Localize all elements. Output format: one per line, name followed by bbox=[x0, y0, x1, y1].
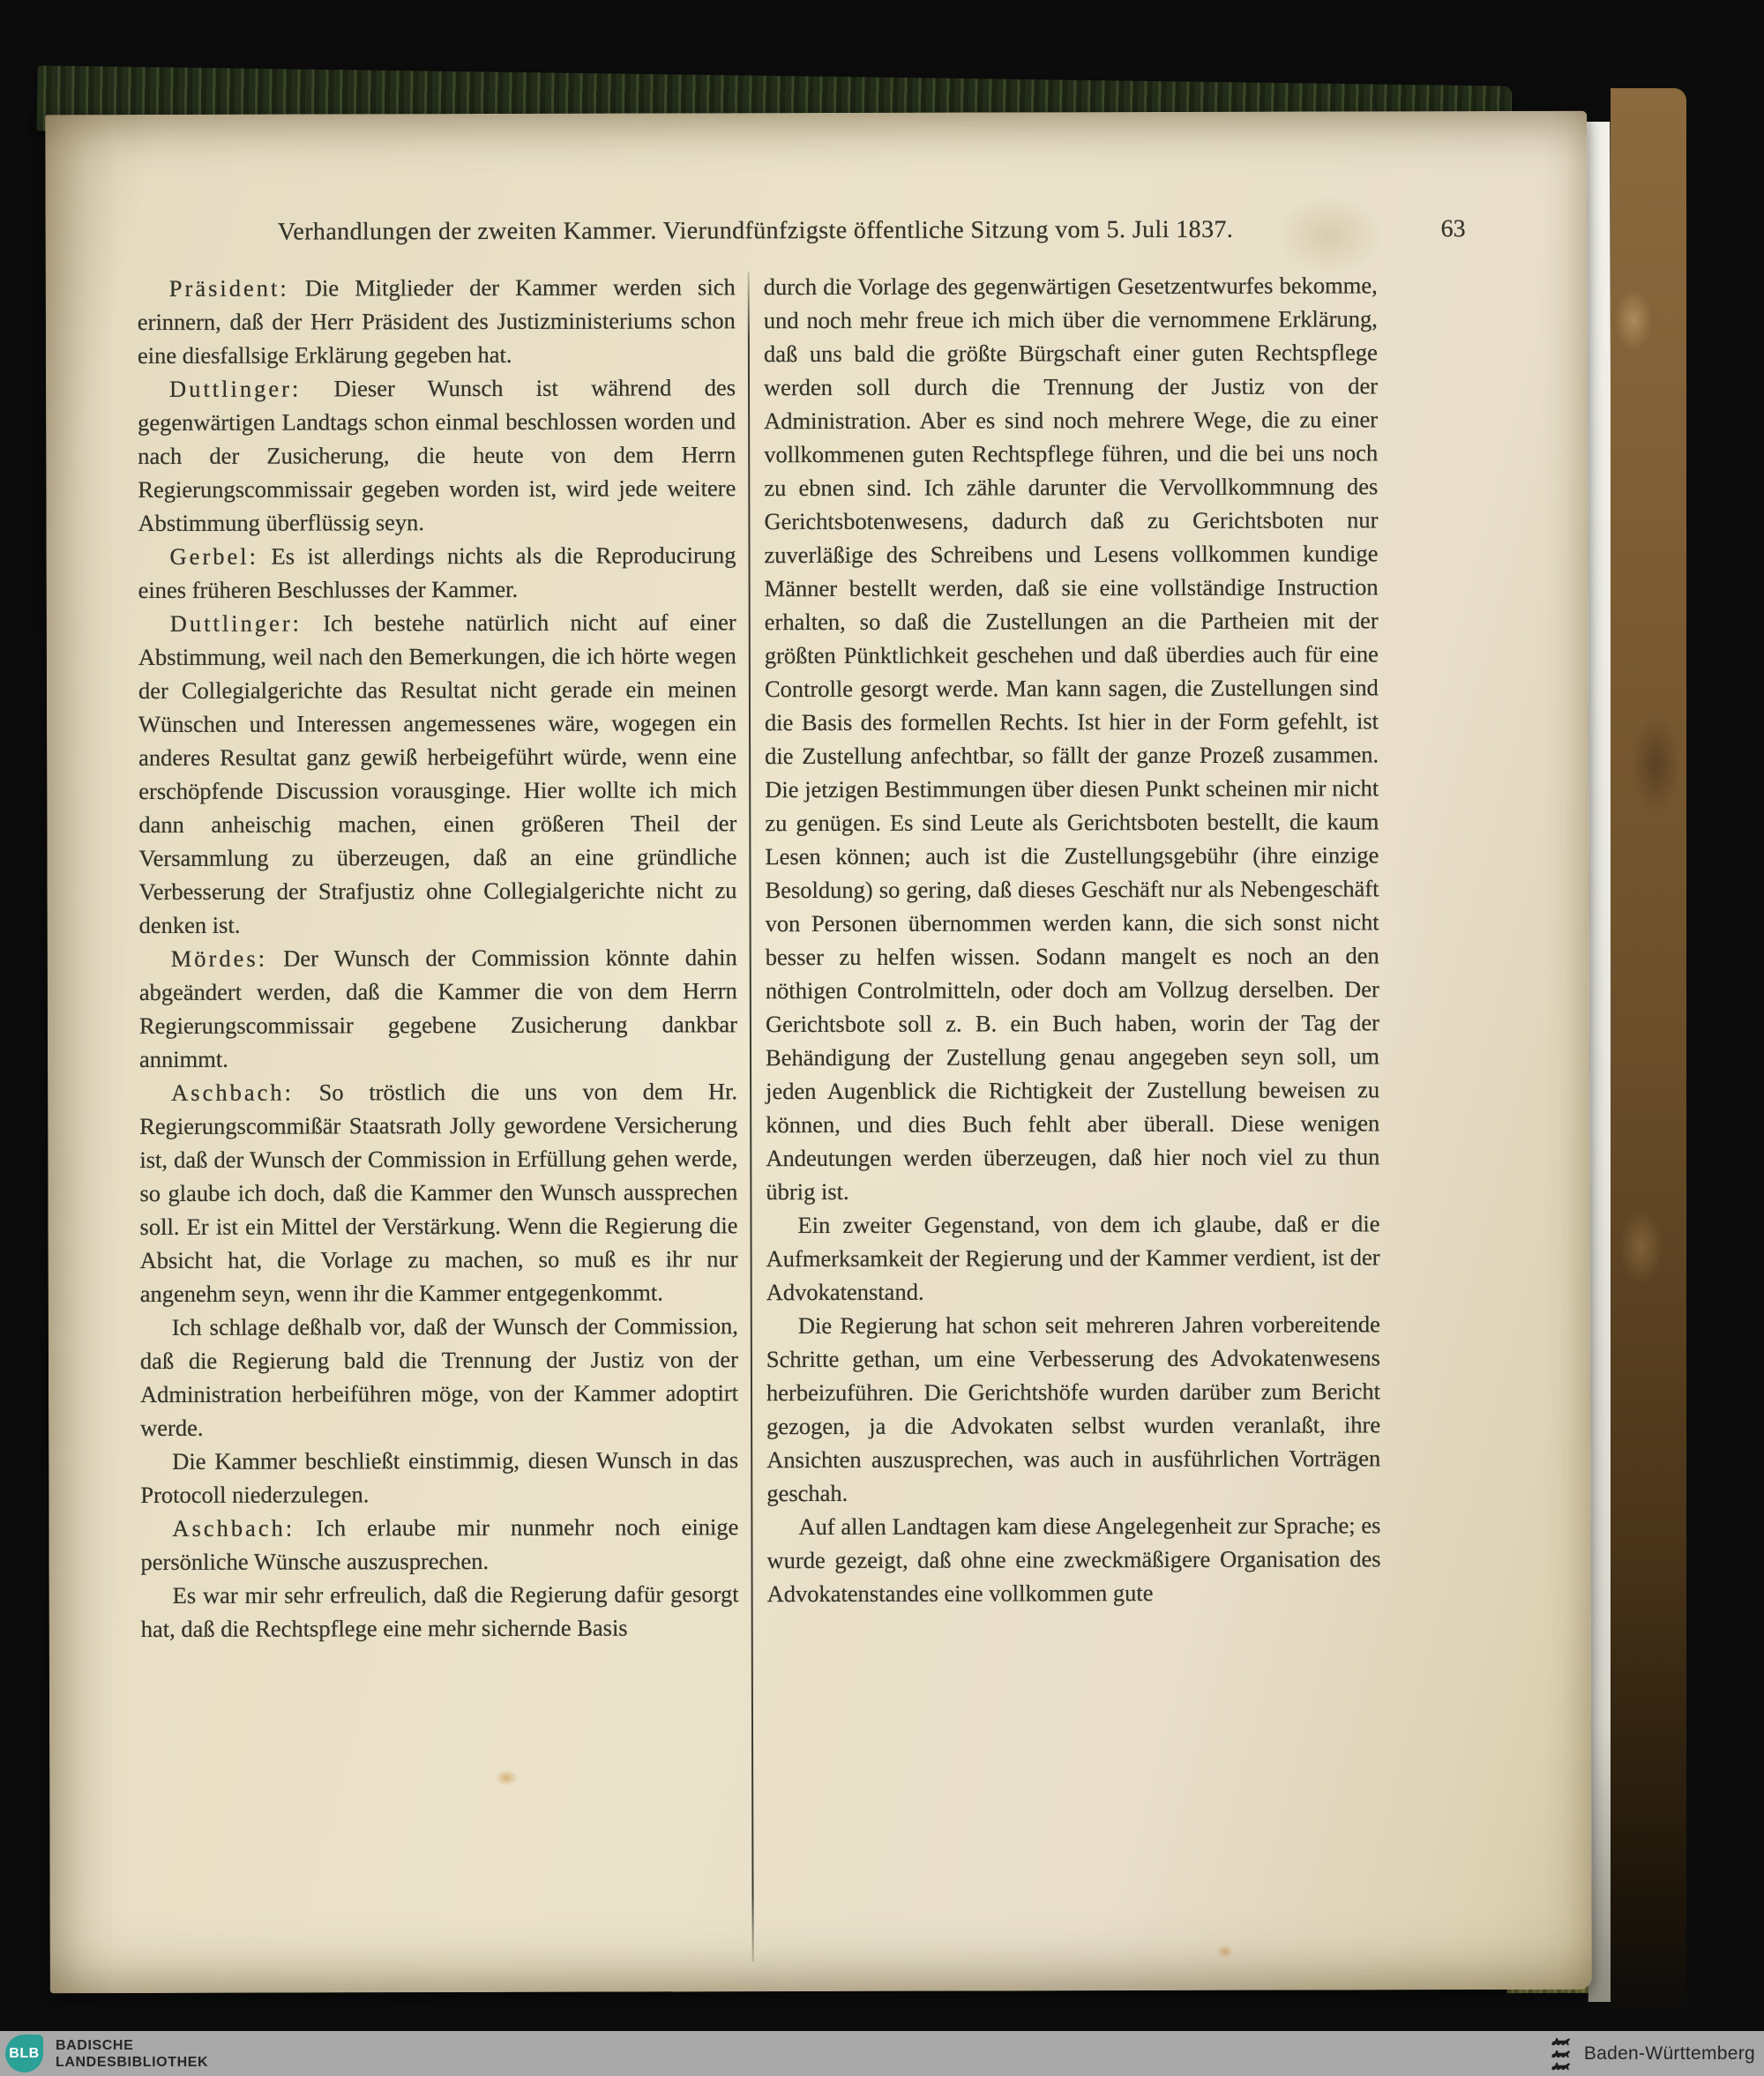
speaker-name: Duttlinger: bbox=[170, 610, 302, 637]
book-page: Verhandlungen der zweiten Kammer. Vierun… bbox=[45, 111, 1592, 1994]
paragraph: Duttlinger: Ich bestehe natürlich nicht … bbox=[138, 605, 737, 942]
library-name-line1: BADISCHE bbox=[56, 2037, 208, 2054]
paragraph: Es war mir sehr erfreulich, daß die Regi… bbox=[141, 1577, 739, 1646]
speaker-name: Mördes: bbox=[171, 945, 267, 972]
paragraph: Duttlinger: Dieser Wunsch ist während de… bbox=[138, 370, 736, 540]
running-header: Verhandlungen der zweiten Kammer. Vierun… bbox=[138, 213, 1471, 252]
library-name-line2: LANDESBIBLIOTHEK bbox=[56, 2054, 208, 2071]
state-label: Baden-Württemberg bbox=[1584, 2043, 1755, 2065]
lion-icon bbox=[1550, 2048, 1573, 2059]
lion-icon bbox=[1550, 2060, 1573, 2072]
speaker-name: Aschbach: bbox=[171, 1079, 294, 1106]
page-content: Verhandlungen der zweiten Kammer. Vierun… bbox=[138, 213, 1476, 1991]
paragraph: Ein zweiter Gegenstand, von dem ich glau… bbox=[766, 1206, 1379, 1309]
paragraph: Auf allen Landtagen kam diese Angelegenh… bbox=[766, 1508, 1380, 1610]
paragraph: Gerbel: Es ist allerdings nichts als die… bbox=[138, 538, 736, 607]
page-number: 63 bbox=[1441, 213, 1466, 245]
state-branding: Baden-Württemberg bbox=[1550, 2035, 1764, 2072]
column-divider-rule bbox=[748, 272, 754, 1961]
speaker-name: Gerbel: bbox=[169, 543, 258, 570]
library-name: BADISCHE LANDESBIBLIOTHEK bbox=[56, 2037, 208, 2071]
paragraph: Aschbach: Ich erlaube mir nunmehr noch e… bbox=[140, 1510, 738, 1579]
book-cover-board bbox=[1611, 88, 1686, 2020]
blb-logo-icon: BLB bbox=[5, 2035, 43, 2072]
library-footer-bar: BLB BADISCHE LANDESBIBLIOTHEK Baden-Würt… bbox=[0, 2031, 1764, 2076]
paragraph: durch die Vorlage des gegenwärtigen Gese… bbox=[764, 268, 1380, 1208]
page-title: Verhandlungen der zweiten Kammer. Vierun… bbox=[138, 213, 1374, 249]
paragraph: Aschbach: So tröstlich die uns von dem H… bbox=[139, 1074, 738, 1311]
paragraph: Die Regierung hat schon seit mehreren Ja… bbox=[766, 1307, 1381, 1510]
paragraph: Mördes: Der Wunsch der Commission könnte… bbox=[139, 940, 737, 1076]
text-columns: Präsident: Die Mitglieder der Kammer wer… bbox=[138, 268, 1476, 1991]
right-column: durch die Vorlage des gegenwärtigen Gese… bbox=[764, 268, 1382, 1990]
paragraph: Ich schlage deßhalb vor, daß der Wunsch … bbox=[140, 1309, 738, 1445]
speaker-name: Präsident: bbox=[169, 275, 289, 302]
library-branding: BLB BADISCHE LANDESBIBLIOTHEK bbox=[0, 2035, 208, 2072]
paragraph: Präsident: Die Mitglieder der Kammer wer… bbox=[138, 270, 736, 372]
three-lions-coat-of-arms-icon bbox=[1550, 2035, 1573, 2072]
lion-icon bbox=[1550, 2035, 1573, 2047]
speaker-name: Aschbach: bbox=[172, 1515, 295, 1542]
paragraph: Die Kammer beschließt einstimmig, diesen… bbox=[140, 1443, 738, 1512]
left-column: Präsident: Die Mitglieder der Kammer wer… bbox=[138, 270, 740, 1991]
speaker-name: Duttlinger: bbox=[169, 376, 301, 402]
